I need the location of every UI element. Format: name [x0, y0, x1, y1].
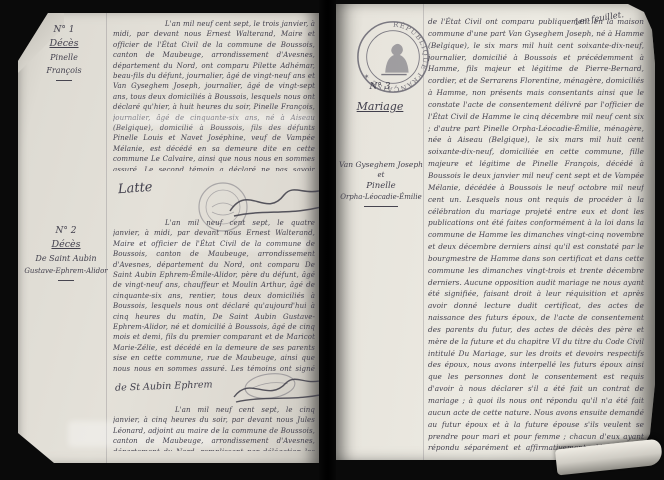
act3-marriage-record-opening-text: L'an mil neuf cent sept, le cinq janvier… — [113, 405, 315, 451]
groom-name: Van Gyseghem Joseph — [336, 160, 426, 169]
act2-death-record-text: L'an mil neuf cent sept, le quatre janvi… — [113, 218, 315, 374]
bride-name: Pinelle — [336, 181, 426, 191]
act-category: Décès — [26, 38, 102, 49]
binding-gutter — [319, 0, 336, 480]
act-number: N° 1 — [26, 25, 102, 35]
witness-signature: de St Aubin Ephrem — [115, 379, 213, 393]
register-scan: { "document_title": "Registre des actes … — [0, 0, 664, 480]
deceased-name: De Saint Aubin — [20, 254, 112, 263]
margin-note-act1: N° 1 Décès Pinelle François — [26, 25, 102, 81]
right-page: RÉPUBLIQUE FRANÇAISE ✶ 1er feuillet. N° … — [336, 4, 655, 460]
deceased-name: Gustave-Ephrem-Alidor — [20, 267, 112, 275]
bride-name: Orpha-Léocadie-Émilie — [336, 193, 426, 201]
scan-glare — [113, 113, 313, 126]
act-category: Mariage — [336, 100, 424, 113]
note-dash — [56, 80, 72, 81]
note-dash — [364, 206, 398, 207]
officer-signature-flourish-icon — [230, 375, 319, 405]
act-category: Décès — [20, 239, 112, 250]
witness-signature: Latte — [118, 180, 153, 197]
left-page: N° 1 Décès Pinelle François N° 2 Décès D… — [18, 13, 319, 463]
officer-signature-flourish-icon — [226, 185, 319, 219]
margin-note-act2: N° 2 Décès De Saint Aubin Gustave-Ephrem… — [20, 226, 112, 281]
note-dash — [58, 280, 74, 281]
margin-note-spouses: Van Gyseghem Joseph et Pinelle Orpha-Léo… — [336, 156, 426, 207]
margin-note-act3: N° 3 Mariage — [336, 82, 424, 113]
act1-death-record-text: L'an mil neuf cent sept, le trois janvie… — [113, 19, 315, 171]
act-number: N° 3 — [336, 82, 424, 92]
deceased-name: Pinelle — [26, 53, 102, 62]
act-number: N° 2 — [20, 226, 112, 236]
act3-marriage-record-text: de l'État Civil ont comparu publiquement… — [428, 16, 644, 456]
deceased-name: François — [26, 66, 102, 75]
conjunction: et — [336, 171, 426, 179]
